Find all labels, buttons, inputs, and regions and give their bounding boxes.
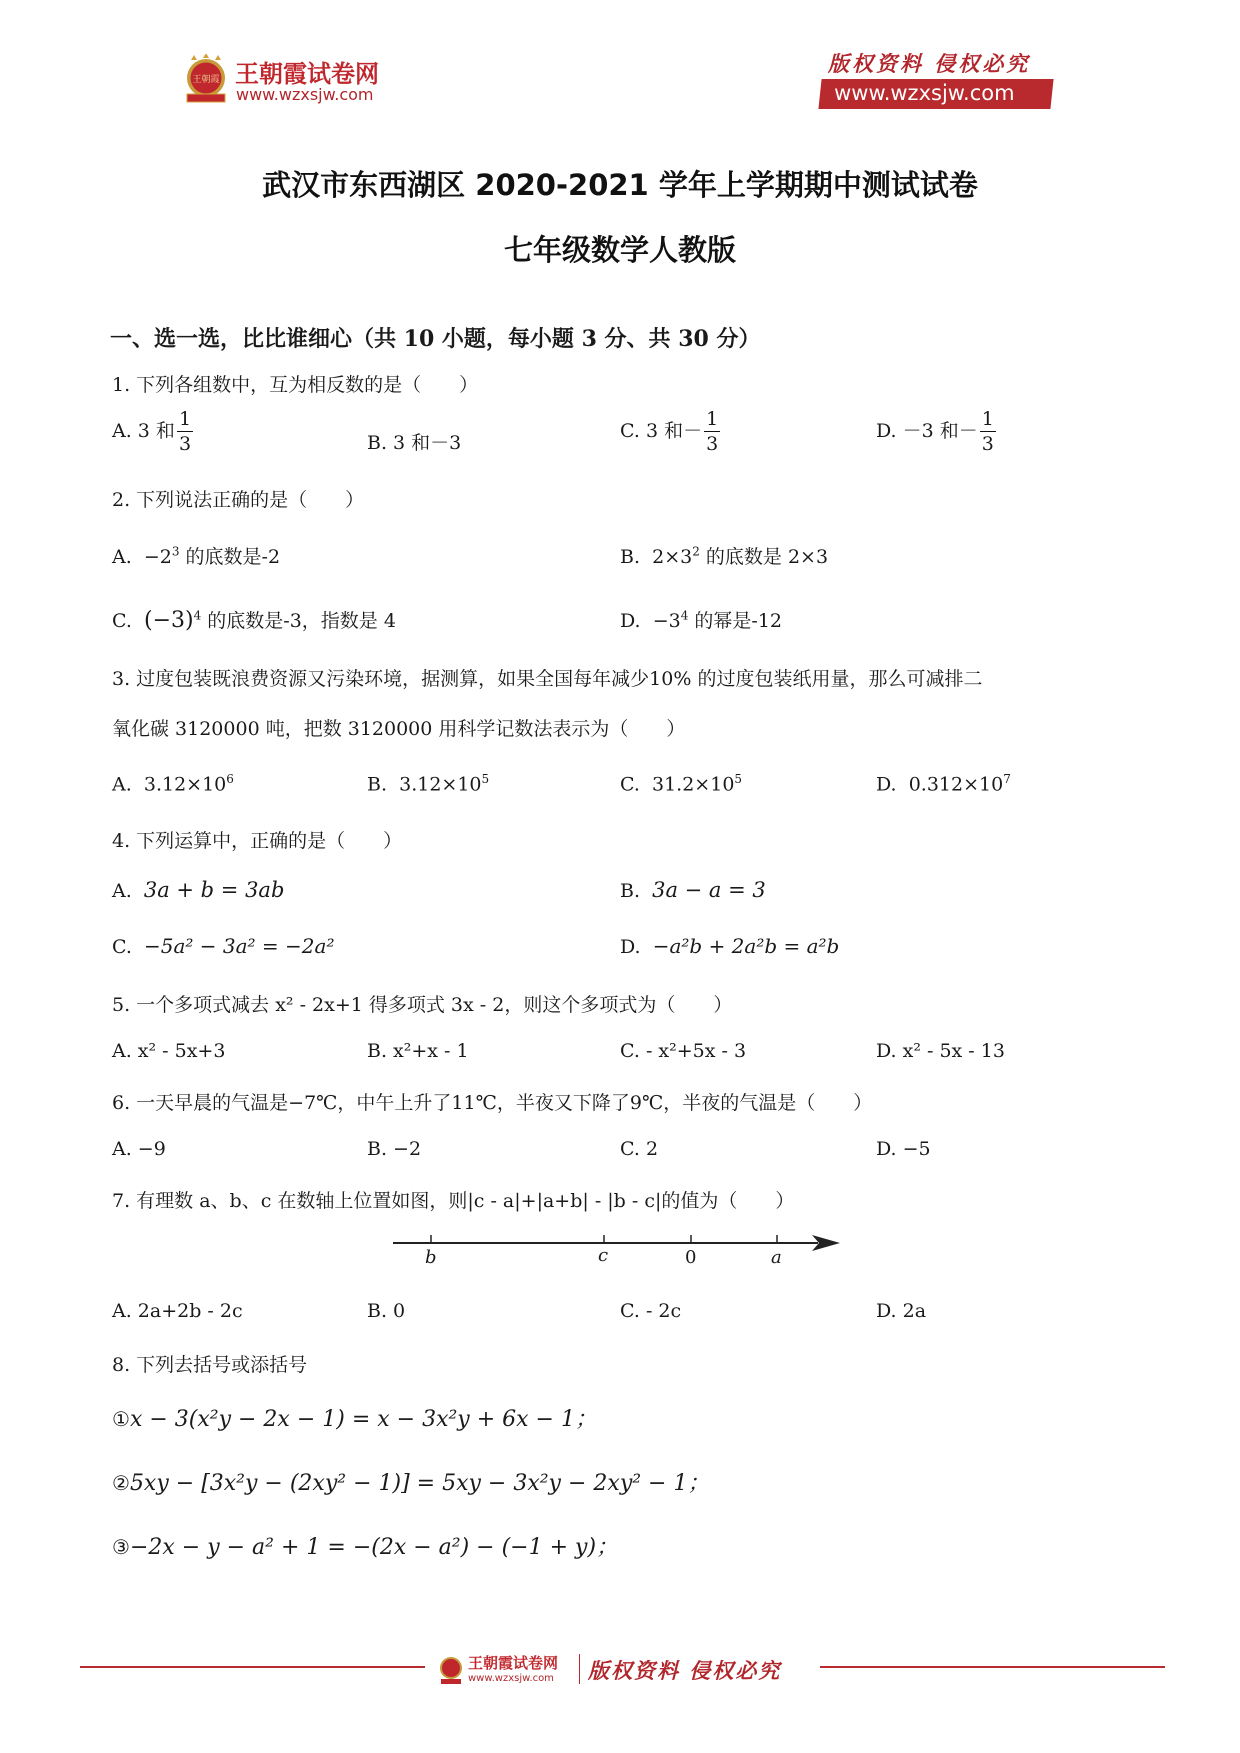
question-5-option-a[interactable]: A. x² - 5x+3 — [112, 1040, 225, 1062]
question-7-option-b[interactable]: B. 0 — [367, 1300, 405, 1322]
question-8-item-1: ①x − 3(x²y − 2x − 1) = x − 3x²y + 6x − 1… — [112, 1402, 597, 1433]
question-4-option-c[interactable]: C. −5a² − 3a² = −2a² — [112, 934, 334, 958]
number-line-label-0: 0 — [685, 1247, 696, 1268]
question-1-option-a[interactable]: A. 3 和13 — [112, 410, 193, 454]
question-2-option-a[interactable]: A. −23 的底数是-2 — [112, 542, 280, 569]
question-2-option-d[interactable]: D. −34 的幂是-12 — [620, 606, 782, 633]
url-banner: www.wzxsjw.com — [818, 79, 1053, 109]
question-8-item-3: ③−2x − y − a² + 1 = −(2x − a²) − (−1 + y… — [112, 1530, 618, 1561]
question-3-option-b[interactable]: B. 3.12×105 — [367, 772, 489, 795]
question-7-option-a[interactable]: A. 2a+2b - 2c — [112, 1300, 243, 1322]
question-8-item-2: ②5xy − [3x²y − (2xy² − 1)] = 5xy − 3x²y … — [112, 1466, 709, 1497]
question-6-option-a[interactable]: A. −9 — [112, 1138, 166, 1160]
brand-url[interactable]: www.wzxsjw.com — [236, 85, 373, 104]
question-4-stem: 4. 下列运算中，正确的是（ ） — [112, 826, 402, 853]
number-line-label-c: c — [598, 1245, 608, 1266]
question-3-option-c[interactable]: C. 31.2×105 — [620, 772, 742, 795]
footer-logo: 王朝霞试卷网 www.wzxsjw.com 版权资料 侵权必究 — [438, 1650, 808, 1690]
question-3-option-d[interactable]: D. 0.312×107 — [876, 772, 1011, 795]
question-3-stem-line2: 氧化碳 3120000 吨，把数 3120000 用科学记数法表示为（ ） — [112, 714, 685, 741]
footer-divider-left — [80, 1666, 425, 1668]
banner-url[interactable]: www.wzxsjw.com — [834, 81, 1014, 105]
question-4-option-a[interactable]: A. 3a + b = 3ab — [112, 878, 284, 902]
copyright-slogan: 版权资料 侵权必究 — [828, 48, 1030, 78]
question-5-stem: 5. 一个多项式减去 x² - 2x+1 得多项式 3x - 2，则这个多项式为… — [112, 990, 732, 1017]
question-1-option-c[interactable]: C. 3 和－13 — [620, 410, 720, 454]
question-7-stem: 7. 有理数 a、b、c 在数轴上位置如图，则|c - a|+|a+b| - |… — [112, 1186, 794, 1213]
footer-separator — [579, 1654, 580, 1684]
header-logo: 王朝霞 王朝霞试卷网 www.wzxsjw.com — [183, 52, 413, 112]
question-2-option-c[interactable]: C. (−3)4 的底数是-3，指数是 4 — [112, 606, 396, 633]
question-6-stem: 6. 一天早晨的气温是−7℃，中午上升了11℃，半夜又下降了9℃，半夜的气温是（… — [112, 1088, 872, 1115]
question-4-option-b[interactable]: B. 3a − a = 3 — [620, 878, 766, 902]
question-2-stem: 2. 下列说法正确的是（ ） — [112, 485, 364, 512]
question-6-option-b[interactable]: B. −2 — [367, 1138, 421, 1160]
exam-subtitle: 七年级数学人教版 — [0, 228, 1240, 269]
number-line-figure: b c 0 a — [388, 1225, 848, 1275]
question-7-option-c[interactable]: C. - 2c — [620, 1300, 681, 1322]
question-3-option-a[interactable]: A. 3.12×106 — [112, 772, 234, 795]
copyright-banner: 版权资料 侵权必究 www.wzxsjw.com — [820, 48, 1055, 112]
section-heading: 一、选一选，比比谁细心（共 10 小题，每小题 3 分、共 30 分） — [110, 322, 761, 353]
svg-text:王朝霞: 王朝霞 — [192, 73, 219, 85]
question-6-option-c[interactable]: C. 2 — [620, 1138, 658, 1160]
footer-brand-url[interactable]: www.wzxsjw.com — [468, 1673, 554, 1684]
question-3-stem-line1: 3. 过度包装既浪费资源又污染环境，据测算，如果全国每年减少10% 的过度包装纸… — [112, 664, 982, 691]
question-1-stem: 1. 下列各组数中，互为相反数的是（ ） — [112, 370, 478, 397]
question-1-option-d[interactable]: D. －3 和－13 — [876, 410, 996, 454]
question-5-option-b[interactable]: B. x²+x - 1 — [367, 1040, 469, 1062]
footer-badge-icon — [438, 1654, 464, 1686]
question-4-option-d[interactable]: D. −a²b + 2a²b = a²b — [620, 934, 839, 958]
number-line-label-b: b — [425, 1247, 437, 1268]
question-6-option-d[interactable]: D. −5 — [876, 1138, 931, 1160]
brand-name: 王朝霞试卷网 — [235, 54, 379, 89]
brand-badge-icon: 王朝霞 — [183, 54, 229, 106]
question-8-stem: 8. 下列去括号或添括号 — [112, 1350, 307, 1377]
question-5-option-c[interactable]: C. - x²+5x - 3 — [620, 1040, 746, 1062]
question-2-option-b[interactable]: B. 2×32 的底数是 2×3 — [620, 542, 828, 569]
footer-divider-right — [820, 1666, 1165, 1668]
question-1-option-b[interactable]: B. 3 和－3 — [367, 428, 461, 455]
question-7-option-d[interactable]: D. 2a — [876, 1300, 926, 1322]
footer-slogan: 版权资料 侵权必究 — [588, 1655, 781, 1685]
question-5-option-d[interactable]: D. x² - 5x - 13 — [876, 1040, 1005, 1062]
exam-title: 武汉市东西湖区 2020-2021 学年上学期期中测试试卷 — [0, 163, 1240, 204]
number-line-label-a: a — [771, 1247, 782, 1268]
footer-brand-name: 王朝霞试卷网 — [468, 1652, 558, 1673]
